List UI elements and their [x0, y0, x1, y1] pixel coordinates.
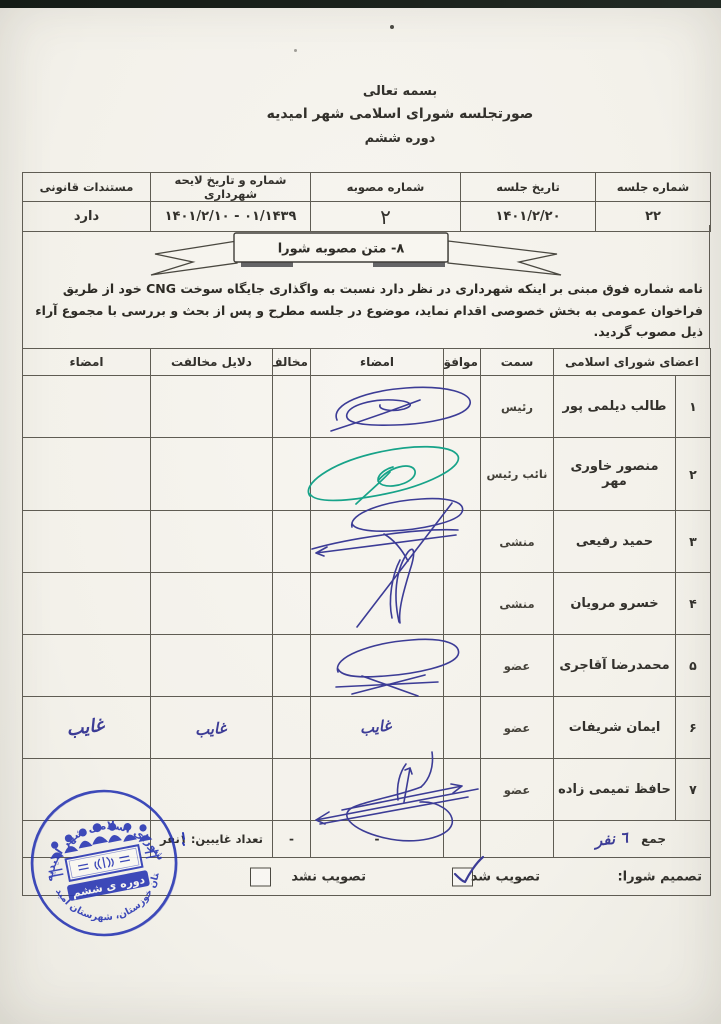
signature-cell: [311, 697, 444, 759]
total-signature-cell: -: [311, 821, 444, 858]
signature-cell: [311, 376, 444, 438]
signature-cell: [311, 511, 444, 573]
member-position: رئیس: [481, 376, 554, 438]
member-number: ۳: [676, 511, 711, 573]
member-number: ۱: [676, 376, 711, 438]
approved-checkbox: [452, 867, 473, 886]
member-row-3: ۳ حمید رفیعی منشی: [23, 511, 711, 573]
member-name: محمدرضا آقاجری: [554, 635, 676, 697]
member-position: عضو: [481, 635, 554, 697]
against-reasons-cell: [151, 697, 273, 759]
member-row-2: ۲ منصور خاوری مهر نائب رئیس: [23, 438, 711, 511]
against-cell: [273, 697, 311, 759]
agree-cell: [444, 511, 481, 573]
total-position-cell: [481, 821, 554, 858]
col-header-against-reasons: دلایل مخالفت: [151, 349, 273, 376]
agree-cell: [444, 438, 481, 511]
scanned-document-page: بسمه تعالی صورتجلسه شورای اسلامی شهر امی…: [0, 0, 721, 1024]
against-cell: [273, 573, 311, 635]
meta-header-session-no: شماره جلسه: [596, 173, 711, 202]
member-position: عضو: [481, 697, 554, 759]
against-cell: [273, 759, 311, 821]
resolution-text: نامه شماره فوق مبنی بر اینکه شهرداری در …: [29, 278, 703, 343]
member-row-1: ۱ طالب دیلمی پور رئیس: [23, 376, 711, 438]
term-line: دوره ششم: [100, 131, 700, 146]
signature2-cell: [23, 635, 151, 697]
against-cell: [273, 438, 311, 511]
document-title: صورتجلسه شورای اسلامی شهر امیدیه: [100, 106, 700, 122]
member-number: ۵: [676, 635, 711, 697]
member-number: ۴: [676, 573, 711, 635]
agree-cell: [444, 573, 481, 635]
signature2-cell: [23, 376, 151, 438]
paper-speck: [294, 49, 297, 52]
against-reasons-cell: [151, 759, 273, 821]
col-header-agree: موافق: [444, 349, 481, 376]
ribbon-shadow: [373, 262, 445, 267]
member-name: حمید رفیعی: [554, 511, 676, 573]
member-row-4: ۴ خسرو مرویان منشی: [23, 573, 711, 635]
col-header-against: مخالف: [273, 349, 311, 376]
paper-speck: [390, 25, 394, 29]
col-header-signature-2: امضاء: [23, 349, 151, 376]
member-position: منشی: [481, 573, 554, 635]
ribbon-right-tail: [448, 241, 561, 275]
member-name: ایمان شریفات: [554, 697, 676, 759]
member-position: عضو: [481, 759, 554, 821]
agree-cell: [444, 697, 481, 759]
banner-title: ۸- متن مصوبه شورا: [278, 242, 405, 257]
member-number: ۶: [676, 697, 711, 759]
col-header-position: سمت: [481, 349, 554, 376]
member-row-5: ۵ محمدرضا آقاجری عضو: [23, 635, 711, 697]
against-reasons-cell: [151, 573, 273, 635]
member-name: خسرو مرویان: [554, 573, 676, 635]
signature-cell: [311, 759, 444, 821]
decision-label: تصمیم شورا:: [617, 869, 702, 884]
signature-cell: [311, 573, 444, 635]
member-name: حافظ تمیمی زاده: [554, 759, 676, 821]
signature-cell: [311, 635, 444, 697]
members-table: اعضای شورای اسلامی سمت موافق امضاء مخالف…: [22, 348, 711, 896]
meta-header-legal-docs: مستندات قانونی: [23, 173, 151, 202]
member-number: ۲: [676, 438, 711, 511]
ribbon-shadow: [241, 262, 293, 267]
ribbon-left-tail: [151, 241, 237, 275]
rejected-label: تصویب نشد: [291, 869, 366, 884]
signature2-cell: [23, 573, 151, 635]
signature2-cell: [23, 438, 151, 511]
against-cell: [273, 511, 311, 573]
member-name: طالب دیلمی پور: [554, 376, 676, 438]
member-position: نائب رئیس: [481, 438, 554, 511]
totals-row: جمع - - تعداد غایبین: ۱نفر: [23, 821, 711, 858]
col-header-members: اعضای شورای اسلامی: [554, 349, 711, 376]
against-reasons-cell: [151, 438, 273, 511]
member-name: منصور خاوری مهر: [554, 438, 676, 511]
agree-cell: [444, 759, 481, 821]
against-reasons-cell: [151, 635, 273, 697]
meta-header-session-date: تاریخ جلسه: [461, 173, 596, 202]
decision-row: تصمیم شورا: تصویب شد تصویب نشد: [23, 858, 711, 896]
meta-header-bill: شماره و تاریخ لایحه شهرداری: [151, 173, 311, 202]
section-ribbon: ۸- متن مصوبه شورا: [141, 231, 571, 279]
absent-count-cell: تعداد غایبین: ۱نفر: [151, 821, 273, 858]
against-reasons-cell: [151, 376, 273, 438]
against-cell: [273, 376, 311, 438]
resolution-section: ۸- متن مصوبه شورا نامه شماره فوق مبنی بر…: [22, 225, 710, 348]
signature2-cell: [23, 697, 151, 759]
approved-label: تصویب شد: [471, 869, 540, 884]
against-cell: [273, 635, 311, 697]
agree-cell: [444, 635, 481, 697]
member-position: منشی: [481, 511, 554, 573]
signature2-cell: [23, 511, 151, 573]
total-agree-cell: [444, 821, 481, 858]
meta-header-resolution-no: شماره مصوبه: [311, 173, 461, 202]
total-label: جمع: [554, 821, 711, 858]
scan-edge-band: [0, 0, 721, 8]
meta-table: شماره جلسه تاریخ جلسه شماره مصوبه شماره …: [22, 172, 711, 232]
signature-cell: [311, 438, 444, 511]
col-header-signature: امضاء: [311, 349, 444, 376]
signature2-cell: [23, 759, 151, 821]
member-row-7: ۷ حافظ تمیمی زاده عضو: [23, 759, 711, 821]
rejected-checkbox: [250, 867, 271, 886]
against-reasons-cell: [151, 511, 273, 573]
total-against-cell: -: [273, 821, 311, 858]
total-signature2-cell: [23, 821, 151, 858]
member-row-6: ۶ ایمان شریفات عضو: [23, 697, 711, 759]
member-number: ۷: [676, 759, 711, 821]
bismillah-line: بسمه تعالی: [100, 84, 700, 99]
agree-cell: [444, 376, 481, 438]
